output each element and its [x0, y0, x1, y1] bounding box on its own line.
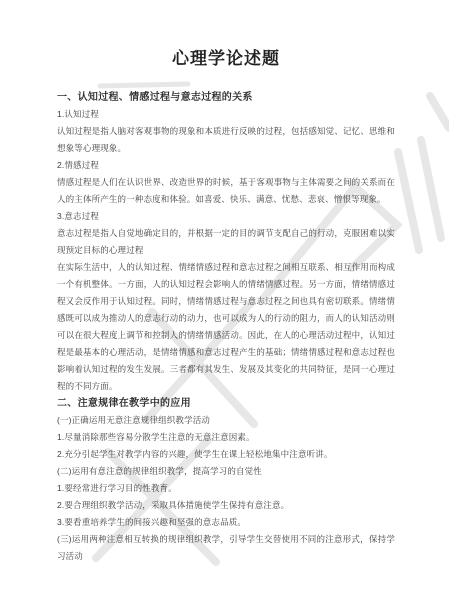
paragraph-rule-2-item-2: 2.要合理组织教学活动，采取具体措施使学生保持有意注意。: [57, 497, 395, 514]
paragraph-rule-2-item-1: 1.要经常进行学习目的性教育。: [57, 480, 395, 497]
paragraph-rule-2-heading: (二)运用有意注意的规律组织教学，提高学习的自觉性: [57, 463, 395, 480]
section-1-heading: 一、认知过程、情感过程与意志过程的关系: [57, 89, 395, 106]
document-title: 心理学论述题: [57, 48, 395, 70]
paragraph-cognitive-definition: 认知过程是指人脑对客观事物的现象和本质进行反映的过程，包括感知觉、记忆、思维和想…: [57, 123, 395, 157]
paragraph-relationship-discussion: 在实际生活中，人的认知过程、情绪情感过程和意志过程之间相互联系、相互作用而构成一…: [57, 259, 395, 395]
paragraph-emotion-definition: 情感过程是人们在认识世界、改造世界的时候，基于客观事物与主体需要之间的关系而在人…: [57, 174, 395, 208]
document-content: 心理学论述题 一、认知过程、情感过程与意志过程的关系 1.认知过程 认知过程是指…: [57, 48, 395, 565]
paragraph-cognitive-label: 1.认知过程: [57, 106, 395, 123]
watermark-stroke: [398, 152, 419, 250]
paragraph-rule-1-heading: (一)正确运用无意注意规律组织教学活动: [57, 412, 395, 429]
paragraph-rule-2-item-3: 3.要看重培养学生的间接兴趣和坚强的意志品质。: [57, 514, 395, 531]
paragraph-rule-3-heading: (三)运用两种注意相互转换的规律组织教学，引导学生交替使用不同的注意形式，保持学…: [57, 531, 395, 565]
paragraph-emotion-label: 2.情感过程: [57, 157, 395, 174]
section-2-heading: 二、注意规律在教学中的应用: [57, 395, 395, 412]
document-page: 心理学论述题 一、认知过程、情感过程与意志过程的关系 1.认知过程 认知过程是指…: [0, 0, 449, 600]
paragraph-rule-1-item-1: 1.尽量消除那些容易分散学生注意的无意注意因素。: [57, 429, 395, 446]
watermark-stroke: [421, 140, 441, 238]
watermark-stroke: [430, 96, 449, 128]
paragraph-rule-1-item-2: 2.充分引起学生对教学内容的兴趣，使学生在课上轻松地集中注意听讲。: [57, 446, 395, 463]
paragraph-will-definition: 意志过程是指人自觉地确定目的，并根据一定的目的调节支配自己的行动，克服困难以实现…: [57, 225, 395, 259]
paragraph-will-label: 3.意志过程: [57, 208, 395, 225]
